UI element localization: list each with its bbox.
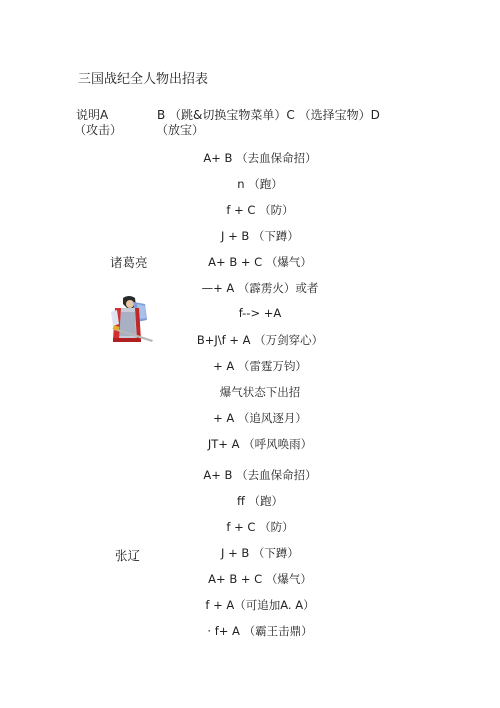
move-zhuge-4: J + B （下蹲） bbox=[150, 228, 370, 244]
move-zhuge-12: JT+ A （呼风唤雨） bbox=[150, 436, 370, 452]
move-zhuge-11: + A （追风逐月） bbox=[150, 410, 370, 426]
document-title: 三国战纪全人物出招表 bbox=[78, 68, 208, 87]
move-zhangliao-2: ff （跑） bbox=[150, 493, 370, 509]
zhuge-liang-sprite-icon bbox=[101, 294, 157, 346]
character-name-zhuge-liang: 诸葛亮 bbox=[110, 253, 148, 271]
move-zhuge-5: A+ B + C （爆气） bbox=[150, 254, 370, 270]
move-zhuge-8: B+J\f + A （万剑穿心） bbox=[150, 332, 370, 348]
character-name-zhang-liao: 张辽 bbox=[115, 546, 140, 564]
move-zhangliao-6: f + A（可追加A. A） bbox=[150, 597, 370, 613]
move-zhuge-7: f--> +A bbox=[150, 306, 370, 320]
move-zhangliao-7: · f+ A （霸王击鼎） bbox=[150, 623, 370, 639]
move-zhangliao-3: f + C （防） bbox=[150, 519, 370, 535]
legend-release-desc: （放宝） bbox=[156, 121, 204, 138]
legend-attack-desc: （攻击） bbox=[74, 121, 122, 138]
move-zhuge-1: A+ B （去血保命招） bbox=[150, 150, 370, 166]
move-zhangliao-1: A+ B （去血保命招） bbox=[150, 467, 370, 483]
move-zhangliao-5: A+ B + C （爆气） bbox=[150, 571, 370, 587]
move-zhangliao-4: J + B （下蹲） bbox=[150, 545, 370, 561]
move-zhuge-3: f + C （防） bbox=[150, 202, 370, 218]
move-zhuge-9: + A （雷霆万钧） bbox=[150, 358, 370, 374]
move-zhuge-10: 爆气状态下出招 bbox=[150, 384, 370, 400]
move-zhuge-6: —+ A （霹雳火）或者 bbox=[150, 280, 370, 296]
move-zhuge-2: n （跑） bbox=[150, 176, 370, 192]
